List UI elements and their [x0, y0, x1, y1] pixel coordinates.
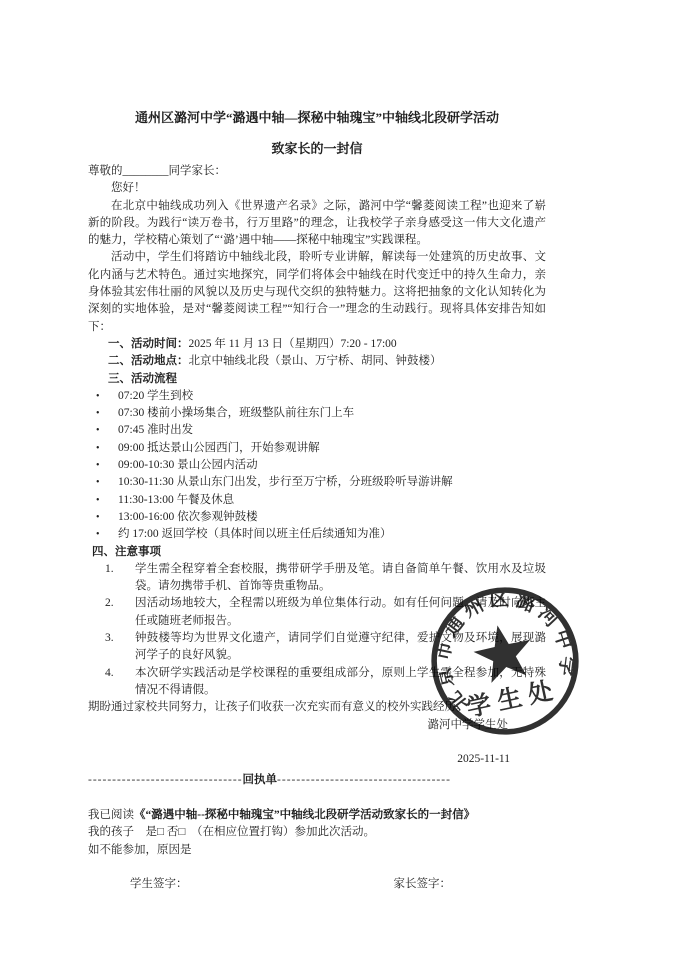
schedule-item: •10:30-11:30 从景山东门出发，步行至万宁桥，分班级聆听导游讲解 — [88, 474, 546, 491]
section-activity-flow: 三、活动流程 — [88, 371, 546, 388]
schedule-list: •07:20 学生到校 •07:30 楼前小操场集合，班级整队前往东门上车 •0… — [88, 388, 546, 544]
issuer-signature: 潞河中学学生处 — [88, 717, 546, 734]
note-item: 4.本次研学实践活动是学校课程的重要组成部分，原则上学生需全程参加，无特殊情况不… — [88, 665, 546, 700]
scanned-letter-document: { "doc": { "title": "通州区潞河中学“潞遇中轴—探秘中轴瑰宝… — [0, 0, 679, 960]
schedule-item: •07:20 学生到校 — [88, 388, 546, 405]
student-signature-label: 学生签字： — [130, 878, 188, 890]
spacer — [88, 859, 546, 876]
note-text: 钟鼓楼等均为世界文化遗产，请同学们自觉遵守纪律，爱护文物及环境，展现潞河学子的良… — [135, 632, 546, 661]
note-item: 1.学生需全程穿着全套校服，携带研学手册及笔。请自备简单午餐、饮用水及垃圾袋。请… — [88, 561, 546, 596]
bullet-icon: • — [96, 422, 100, 439]
section-label: 二、活动地点： — [108, 355, 189, 367]
spacer — [88, 734, 546, 751]
greeting-line: 您好！ — [88, 180, 546, 197]
schedule-item: •09:00-10:30 景山公园内活动 — [88, 457, 546, 474]
page-subtitle: 致家长的一封信 — [88, 139, 546, 159]
note-number: 2. — [105, 595, 114, 612]
note-item: 2.因活动场地较大，全程需以班级为单位集体行动。如有任何问题，请及时向班主任或随… — [88, 595, 546, 630]
divider-dashes-right: ------------------------------------ — [277, 774, 451, 786]
note-number: 4. — [105, 665, 114, 682]
schedule-item: •约 17:00 返回学校（具体时间以班主任后续通知为准） — [88, 526, 546, 543]
note-number: 3. — [105, 630, 114, 647]
bullet-icon: • — [96, 492, 100, 509]
schedule-item: •09:00 抵达景山公园西门，开始参观讲解 — [88, 440, 546, 457]
spacer — [88, 790, 546, 807]
schedule-item: •07:30 楼前小操场集合，班级整队前往东门上车 — [88, 405, 546, 422]
bullet-icon: • — [96, 474, 100, 491]
receipt-read-line: 我已阅读《“潞遇中轴--探秘中轴瑰宝”中轴线北段研学活动致家长的一封信》 — [88, 807, 546, 824]
schedule-item: •11:30-13:00 午餐及休息 — [88, 492, 546, 509]
receipt-letter-title: 《“潞遇中轴--探秘中轴瑰宝”中轴线北段研学活动致家长的一封信》 — [134, 809, 475, 821]
section-value: 北京中轴线北段（景山、万宁桥、胡同、钟鼓楼） — [189, 355, 442, 367]
notes-heading: 四、注意事项 — [88, 544, 546, 561]
receipt-choice-line: 我的孩子 是□ 否□ （在相应位置打钩）参加此次活动。 — [88, 824, 546, 841]
section-activity-time: 一、活动时间：2025 年 11 月 13 日（星期四）7:20 - 17:00 — [88, 336, 546, 353]
bullet-icon: • — [96, 526, 100, 543]
section-label: 三、活动流程 — [108, 373, 177, 385]
page-title: 通州区潞河中学“潞遇中轴—探秘中轴瑰宝”中轴线北段研学活动 — [88, 108, 546, 128]
note-text: 本次研学实践活动是学校课程的重要组成部分，原则上学生需全程参加，无特殊情况不得请… — [135, 667, 546, 696]
divider-dashes-left: -------------------------------- — [88, 774, 243, 786]
issue-date: 2025-11-11 — [88, 751, 546, 768]
signature-row: 学生签字：家长签字： — [88, 876, 546, 893]
bullet-icon: • — [96, 509, 100, 526]
note-number: 1. — [105, 561, 114, 578]
salutation-line: 尊敬的________同学家长： — [88, 163, 546, 180]
intro-paragraph: 在北京中轴线成功列入《世界遗产名录》之际，潞河中学“馨菱阅读工程”也迎来了崭新的… — [88, 198, 546, 250]
schedule-item: •07:45 准时出发 — [88, 422, 546, 439]
parent-signature-label: 家长签字： — [394, 878, 452, 890]
schedule-item: •13:00-16:00 依次参观钟鼓楼 — [88, 509, 546, 526]
receipt-reason-line: 如不能参加，原因是 — [88, 842, 546, 859]
divider-label: 回执单 — [243, 774, 278, 786]
bullet-icon: • — [96, 457, 100, 474]
letter-body: 通州区潞河中学“潞遇中轴—探秘中轴瑰宝”中轴线北段研学活动 致家长的一封信 尊敬… — [88, 108, 546, 893]
closing-paragraph: 期盼通过家校共同努力，让孩子们收获一次充实而有意义的校外实践经历。 — [88, 699, 546, 716]
receipt-divider: --------------------------------回执单-----… — [88, 772, 546, 789]
bullet-icon: • — [96, 405, 100, 422]
section-label: 一、活动时间： — [108, 338, 189, 350]
section-value: 2025 年 11 月 13 日（星期四）7:20 - 17:00 — [189, 338, 397, 350]
note-item: 3.钟鼓楼等均为世界文化遗产，请同学们自觉遵守纪律，爱护文物及环境，展现潞河学子… — [88, 630, 546, 665]
activity-description-paragraph: 活动中，学生们将踏访中轴线北段，聆听专业讲解，解读每一处建筑的历史故事、文化内涵… — [88, 249, 546, 335]
section-activity-place: 二、活动地点：北京中轴线北段（景山、万宁桥、胡同、钟鼓楼） — [88, 353, 546, 370]
receipt-read-prefix: 我已阅读 — [88, 809, 134, 821]
note-text: 因活动场地较大，全程需以班级为单位集体行动。如有任何问题，请及时向班主任或随班老… — [135, 597, 546, 626]
bullet-icon: • — [96, 440, 100, 457]
note-text: 学生需全程穿着全套校服，携带研学手册及笔。请自备简单午餐、饮用水及垃圾袋。请勿携… — [135, 563, 546, 592]
bullet-icon: • — [96, 388, 100, 405]
